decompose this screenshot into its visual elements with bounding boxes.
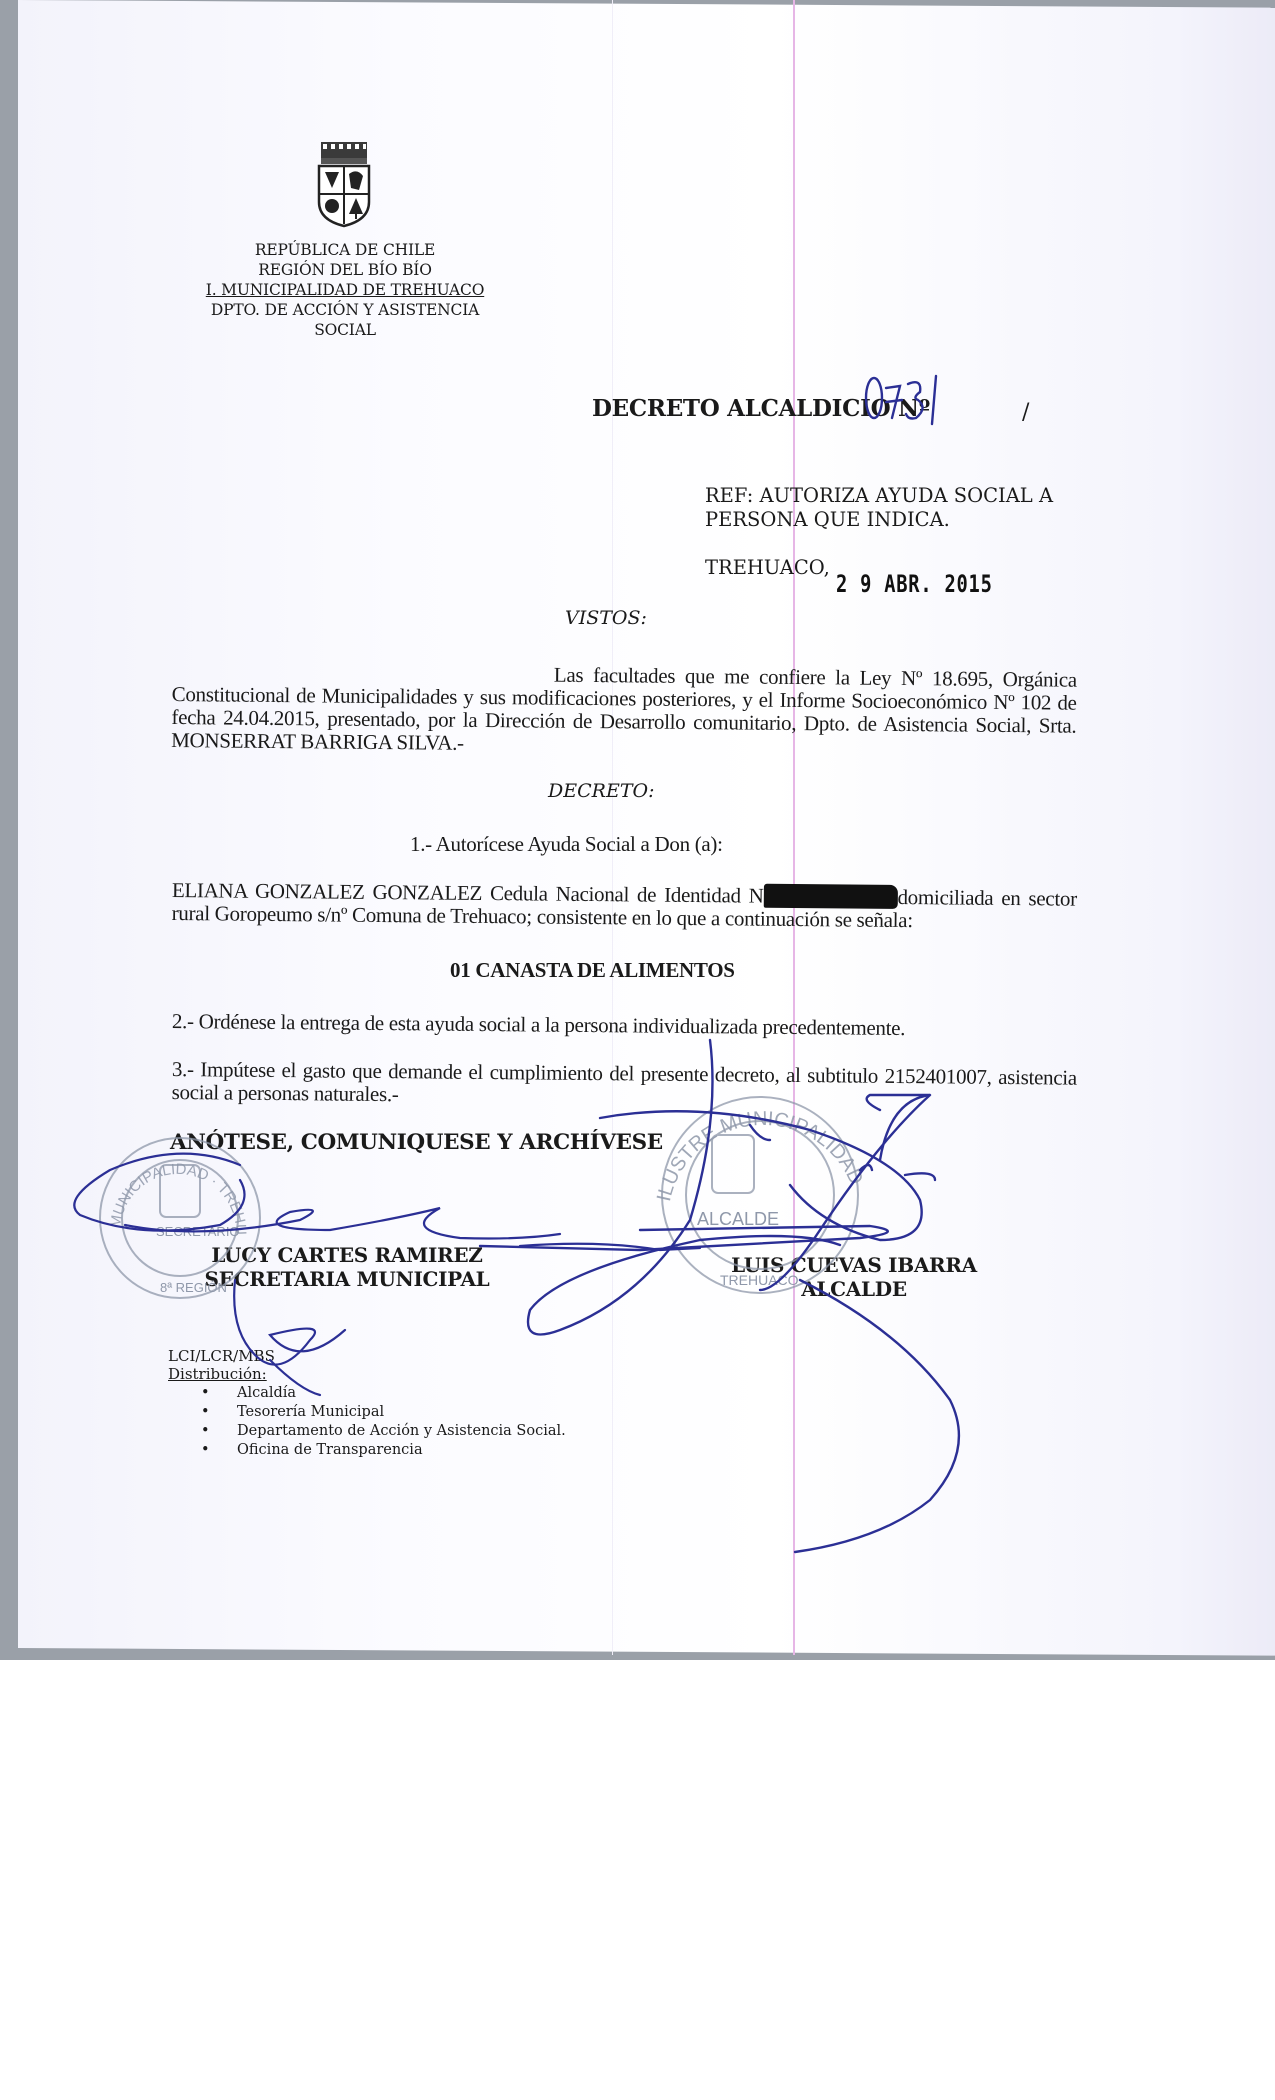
distribution-list: •Alcaldía •Tesorería Municipal •Departam… bbox=[195, 1384, 566, 1460]
vistos-text: Las facultades que me confiere la Ley Nº… bbox=[171, 663, 1077, 755]
mayor-role: ALCALDE bbox=[724, 1277, 984, 1301]
mayor-name: LUIS CUEVAS IBARRA bbox=[724, 1253, 984, 1277]
header-country: REPÚBLICA DE CHILE bbox=[180, 240, 510, 260]
header-region: REGIÓN DEL BÍO BÍO bbox=[180, 260, 510, 280]
handwritten-decree-number bbox=[862, 368, 982, 428]
date-stamp: 2 9 ABR. 2015 bbox=[836, 570, 993, 598]
distribution-title: Distribución: bbox=[168, 1365, 267, 1383]
decree-number-slash: / bbox=[1022, 400, 1029, 425]
header-municipality: I. MUNICIPALIDAD DE TREHUACO bbox=[180, 280, 510, 300]
beneficiary-paragraph: ELIANA GONZALEZ GONZALEZ Cedula Nacional… bbox=[172, 878, 1077, 934]
distribution-item-label: Departamento de Acción y Asistencia Soci… bbox=[237, 1423, 566, 1439]
bullet-icon: • bbox=[201, 1422, 210, 1441]
drafting-initials: LCI/LCR/MBS bbox=[168, 1347, 275, 1365]
distribution-item: •Departamento de Acción y Asistencia Soc… bbox=[195, 1422, 566, 1441]
decree-document: REPÚBLICA DE CHILE REGIÓN DEL BÍO BÍO I.… bbox=[0, 0, 1275, 1660]
bullet-icon: • bbox=[201, 1441, 210, 1460]
municipal-coat-of-arms-icon bbox=[313, 140, 375, 228]
reference-line: PERSONA QUE INDICA. bbox=[705, 508, 1053, 532]
reference-line: REF: AUTORIZA AYUDA SOCIAL A bbox=[705, 484, 1053, 508]
distribution-item-label: Tesorería Municipal bbox=[237, 1404, 384, 1420]
vistos-paragraph: Las facultades que me confiere la Ley Nº… bbox=[171, 660, 1077, 761]
distribution-item: •Oficina de Transparencia bbox=[195, 1441, 566, 1460]
decree-place: TREHUACO, bbox=[705, 556, 830, 579]
distribution-item: •Alcaldía bbox=[195, 1384, 566, 1403]
redacted-id-number bbox=[763, 884, 897, 909]
decree-reference: REF: AUTORIZA AYUDA SOCIAL A PERSONA QUE… bbox=[705, 484, 1053, 532]
secretary-name: LUCY CARTES RAMIREZ bbox=[202, 1243, 492, 1267]
article-2: 2.- Ordénese la entrega de esta ayuda so… bbox=[172, 1010, 1077, 1042]
granted-item: 01 CANASTA DE ALIMENTOS bbox=[450, 958, 735, 983]
bullet-icon: • bbox=[201, 1403, 210, 1422]
distribution-item-label: Alcaldía bbox=[237, 1385, 296, 1401]
header-department: DPTO. DE ACCIÓN Y ASISTENCIA SOCIAL bbox=[180, 300, 510, 340]
bullet-icon: • bbox=[201, 1384, 210, 1403]
vistos-heading: VISTOS: bbox=[565, 607, 647, 629]
mayor-seal-text: ILUSTRE MUNICIPALIDAD bbox=[653, 1108, 867, 1203]
signature-block-mayor: LUIS CUEVAS IBARRA ALCALDE bbox=[724, 1253, 984, 1301]
decreto-heading: DECRETO: bbox=[548, 780, 654, 802]
distribution-item: •Tesorería Municipal bbox=[195, 1403, 566, 1422]
svg-text:SECRETARIO: SECRETARIO bbox=[156, 1224, 240, 1239]
issuing-authority-header: REPÚBLICA DE CHILE REGIÓN DEL BÍO BÍO I.… bbox=[180, 240, 510, 340]
article-1-heading: 1.- Autorícese Ayuda Social a Don (a): bbox=[410, 832, 723, 857]
closing-formula: ANÓTESE, COMUNIQUESE Y ARCHÍVESE bbox=[170, 1130, 663, 1155]
article-3: 3.- Impútese el gasto que demande el cum… bbox=[172, 1058, 1077, 1113]
svg-text:ALCALDE: ALCALDE bbox=[697, 1209, 779, 1229]
distribution-item-label: Oficina de Transparencia bbox=[237, 1442, 423, 1458]
secretary-seal-text: MUNICIPALIDAD · TREHUACO bbox=[0, 0, 249, 1235]
signature-block-secretary: LUCY CARTES RAMIREZ SECRETARIA MUNICIPAL bbox=[202, 1243, 492, 1291]
secretary-role: SECRETARIA MUNICIPAL bbox=[202, 1267, 492, 1291]
